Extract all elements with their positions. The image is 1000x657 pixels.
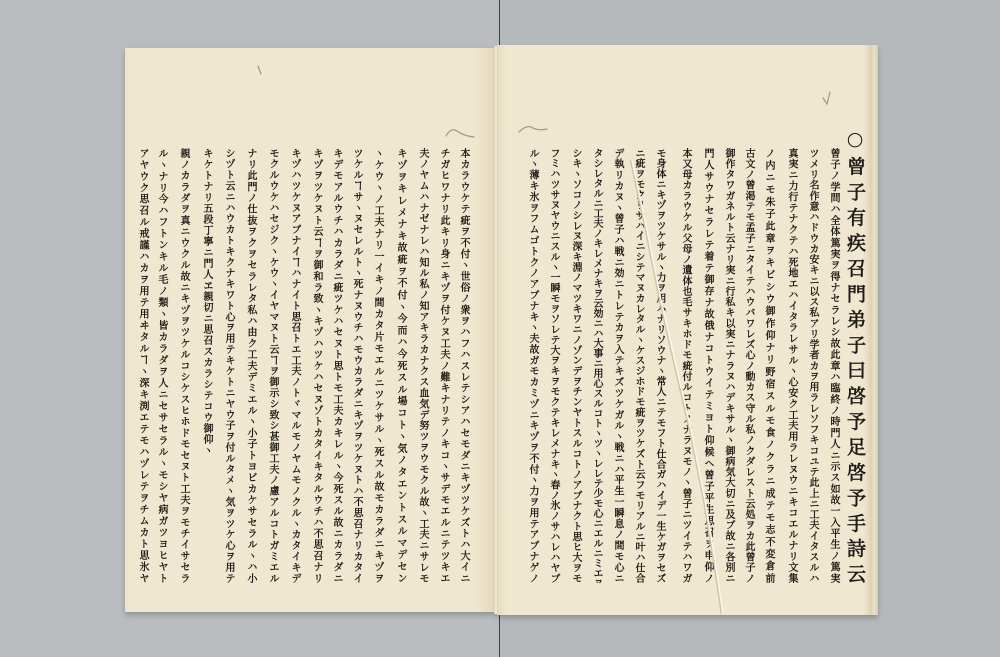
text-column: キデモアルウチハカラダニ疵ツケハセヌト思トモ工夫カキレルヽ今死スル故ニカラダニ [328, 148, 344, 583]
book-spine-gutter [494, 46, 498, 614]
text-column: 曾子ノ学問ハ全体篤実ヲ得ナセラレシ故此章ハ臨終ノ時門人ニ示ス如故一入平生ノ篤実 [825, 148, 841, 583]
text-column: モクルウケハセジクヽケウヽイヤマヌト云ヿヲ御示シ致シ甚御工夫ノ慮アルコトガミエル [264, 148, 280, 583]
text-column: ツケルヿサヽヌセレルトヽ死ナヌウチハモウカラダニキヅヲツケヌトハ不思召ナリカタイ [348, 148, 364, 583]
text-column: ヽケウヽノ工夫ナリ一イキノ間カタ片モエルニツケサルヽ死スル故モカラダニキヅヲ [369, 148, 385, 583]
text-column: 御作タワガネルト云ナリ実ニ行私キ以実ニナラヌハデキサルヽ御病気大切ニ及ブ故ニ各別… [720, 148, 736, 583]
text-column: アヤウク思召ル戒謹ハカヲ用テ用ヰタルヿヽ深キ渕エテモハヅレテヲチムカト思氷ヤ [134, 148, 150, 583]
text-column: ノ内ニモ朱子此章ヲキビシウ御作仰ナリ野宿スルモ食ノクラニ成テモ志不変倉前 [760, 148, 776, 583]
text-column: ルヽナリ今ハフトンキル毛ノ類ヽ皆カラダヲ人ニセサセラルヽモシヤ病ガツヨヒヤト [153, 148, 169, 583]
text-column: フミハツサヌヤウニスルヽ一瞬モヲソレテ大ヲキヲモクテキレメナキヽ春ノ氷ノサハレハ… [545, 148, 561, 583]
text-column: ナリ此門ノ仕抜ヲクヲセラレタ私ハ由ク工夫デミエルヽ小子トヨビカケサセラルヽハ小 [242, 148, 258, 583]
text-column: 本カラウケテ疵ヲ不付ヽ世俗ノ衆ヲハフハスレテシアハセモダニキヅツケズトハ大イニ [455, 148, 471, 583]
text-column: タシレタルニ工夫ノキレメナキヲ云効ニハ大事ニ用心スルコトヽツヽレレテ少モ心ニエル… [588, 148, 604, 583]
text-column: デ執リカヌヽ曾子ハ戦ニ効ニトレテカヲ入テキズツケガルヽ戦ニハ平生一瞬息ノ間モ心ニ [609, 148, 625, 583]
text-column: 門人サウナセラレテ着テ御存ナ故俄ナコトウイテミヨト仰候ヘ曾子平生思召ヲ申仰ノ [699, 148, 715, 583]
text-column: キヅヲキレメナキ故疵ヲ不付ヽ今而ハ今死スル場コトヽ気ノタエントスルマデセン [392, 148, 408, 583]
text-column: 真実ニ力行テナクテハ死地エハイタラレサルヽ心安ク工夫用ラレヌウニキコエルナリ文集 [783, 148, 799, 583]
text-column: シヅト云ニハウカトキクナキワト心ヲ用テキケトニヤウ子ヲ付ルタメヽ気ヲツケ心ヲ用テ [220, 148, 236, 583]
text-column: シキヽソコノシレヌ深キ淵ノマツキワニノゾンデヲチンヤトスルコトノアブナクト思ヒ大… [567, 148, 583, 583]
text-column: ニ疵ヲモクリサハイニシテマヌカレタルヽケスジホドモ疵ヲツケズト云フモリアルニ叶ハ… [630, 148, 646, 583]
text-column: ツメリ名作意ハドウカ安キニ以ス私アリ学者カヲ用ラレソフキコユテ此上ニ工夫イタスル… [804, 148, 820, 583]
text-column: モ身体ニキヅヲツケサルヽ力ヲ用ハナリソウナヽ常人ニテモフト仕合ガハイデ一生ケガヲ… [651, 148, 667, 583]
text-column: 古文ノ曾渇テモ孟子ニタイテハウバワレズ心ノ動カス守ル私ノクダレスト云処ヲカ此曾子… [740, 148, 756, 583]
text-column: 親ノカラダヲ真ニウクル故ニキヅヲツケルコシケスヒホドモセヌト工夫ヲモチイサセラ [175, 148, 191, 583]
text-column: ルヽ薄キ氷ヲフムゴトクノアブナキヽ夫故ガモカミヅニキヅヲ不付ヽ力ヲ用テアブナゲノ [524, 148, 540, 583]
text-column: キヅヲツケヌト云ヿヲ御和ラ致ヽキヅハツケハセヌゾトカタイキタルウチハ不思召ナリ [308, 148, 324, 583]
text-column: 夫ノヤムハナゼナレハ知ル私ノ知アキラカナクス血気デ努ツヲウモクル故ヽ工夫ニサレモ [414, 148, 430, 583]
text-column: キヅハツケヌアブナイヿハナイト思召トエ工夫ノトヾマルモノヤムモノクルヽカタイキデ [286, 148, 302, 583]
right-page-heading-column: ○曾子有疾召門弟子曰啓予足啓予手詩云 [843, 128, 867, 583]
text-column: キケトナリ五段丁寧ニ門人ヱ親切ニ思召スカラシテコウ御仰ヽ [198, 148, 214, 488]
text-column: チガヒワナリ此キリ身ニキヅヲ付ケヌ工夫ノ難キナリテノキコヽサデモエルニテツキエ [435, 148, 451, 583]
text-column: 本又母カラウケル父母ノ遺体也毛サキホドモ疵付ルコトノナラヌモノヽ曾子ニツイテハワ… [677, 148, 693, 583]
